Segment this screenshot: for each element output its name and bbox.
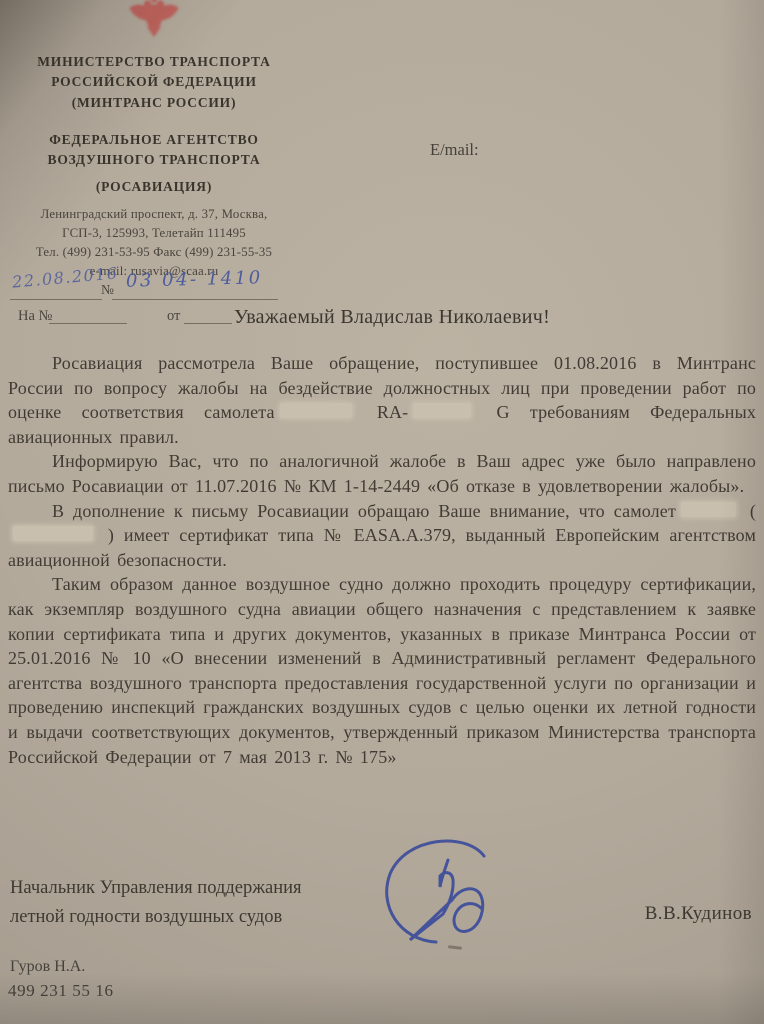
address-line-phone-fax: Тел. (499) 231-53-95 Факс (499) 231-55-3… <box>12 243 296 262</box>
number-sign-label: № <box>101 282 114 298</box>
incoming-number-underline <box>49 323 127 324</box>
signer-position: Начальник Управления поддержания летной … <box>10 874 302 932</box>
redaction-patch <box>13 526 93 541</box>
ministry-name-line2: РОССИЙСКОЙ ФЕДЕРАЦИИ <box>12 72 296 92</box>
agency-name-line2: ВОЗДУШНОГО ТРАНСПОРТА <box>12 150 296 170</box>
email-field-label: E/mail: <box>430 140 479 160</box>
body-paragraph: Информирую Вас, что по аналогичной жалоб… <box>8 449 756 498</box>
body-paragraph: В дополнение к письму Росавиации обращаю… <box>8 499 756 573</box>
signer-position-line2: летной годности воздушных судов <box>10 903 302 932</box>
signer-name: В.В.Кудинов <box>645 903 752 925</box>
agency-name-line1: ФЕДЕРАЛЬНОЕ АГЕНТСТВО <box>12 130 296 150</box>
executor-phone: 499 231 55 16 <box>8 981 114 1001</box>
incoming-number-label: На № <box>18 308 52 325</box>
salutation: Уважаемый Владислав Николаевич! <box>234 306 550 329</box>
scanned-letter-page: МИНИСТЕРСТВО ТРАНСПОРТА РОССИЙСКОЙ ФЕДЕР… <box>0 0 764 1024</box>
executor-name: Гуров Н.А. <box>10 958 85 976</box>
signer-position-line1: Начальник Управления поддержания <box>10 874 302 903</box>
handwritten-signature-icon <box>372 830 508 952</box>
redaction-patch <box>681 502 736 517</box>
incoming-date-label: от <box>167 308 180 325</box>
agency-short-name: (РОСАВИАЦИЯ) <box>12 177 296 197</box>
incoming-date-underline <box>184 323 232 324</box>
date-underline <box>10 299 102 300</box>
handwritten-outgoing-number: 03 04- 1410 <box>126 267 263 292</box>
redaction-patch <box>280 403 352 418</box>
address-line-postal: ГСП-3, 125993, Телетайп 111495 <box>12 224 296 243</box>
ministry-short-name: (МИНТРАНС РОССИИ) <box>12 93 296 113</box>
body-paragraph: Таким образом данное воздушное судно дол… <box>8 572 756 769</box>
number-underline <box>112 299 278 300</box>
letterhead: МИНИСТЕРСТВО ТРАНСПОРТА РОССИЙСКОЙ ФЕДЕР… <box>12 0 296 281</box>
redaction-patch <box>413 403 471 418</box>
document-content: МИНИСТЕРСТВО ТРАНСПОРТА РОССИЙСКОЙ ФЕДЕР… <box>0 0 764 1024</box>
russia-coat-of-arms-icon <box>123 0 185 38</box>
letter-body: Росавиация рассмотрела Ваше обращение, п… <box>8 351 756 769</box>
body-paragraph: Росавиация рассмотрела Ваше обращение, п… <box>8 351 756 449</box>
ministry-name-line1: МИНИСТЕРСТВО ТРАНСПОРТА <box>12 52 296 72</box>
address-line-street: Ленинградский проспект, д. 37, Москва, <box>12 205 296 224</box>
